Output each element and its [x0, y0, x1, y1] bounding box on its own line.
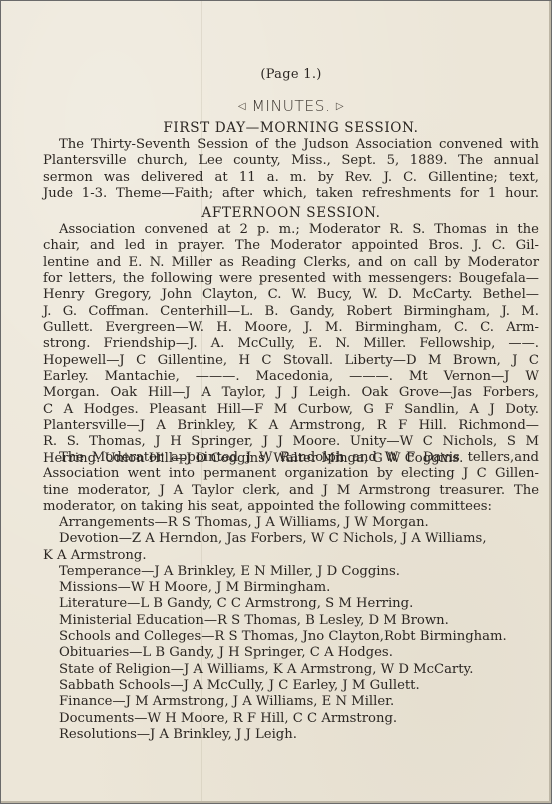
text-line: lentine and E. N. Miller as Reading Cler…: [43, 255, 539, 271]
committee-item: Finance—J M Armstrong, J A Williams, E N…: [59, 694, 539, 710]
committee-item: Ministerial Education—R S Thomas, B Lesl…: [59, 613, 539, 629]
afternoon-session-paragraph: Association convened at 2 p. m.; Moderat…: [43, 222, 539, 467]
text-line: Gullett. Evergreen—W. H. Moore, J. M. Bi…: [43, 320, 539, 336]
committee-item: Obituaries—L B Gandy, J H Springer, C A …: [59, 645, 539, 661]
morning-session-paragraph: The Thirty-Seventh Session of the Judson…: [43, 137, 539, 202]
text-line: Jude 1-3. Theme—Faith; after which, take…: [43, 186, 539, 202]
committee-item: Schools and Colleges—R S Thomas, Jno Cla…: [59, 629, 539, 645]
title-text: MINUTES.: [252, 97, 331, 115]
morning-session-heading: FIRST DAY—MORNING SESSION.: [43, 120, 539, 136]
document-title: ◁ MINUTES. ▷: [43, 97, 539, 115]
committee-item: Documents—W H Moore, R F Hill, C C Armst…: [59, 711, 539, 727]
committee-item: Literature—L B Gandy, C C Armstrong, S M…: [59, 596, 539, 612]
page-number: (Page 1.): [43, 67, 539, 82]
ornament-left-icon: ◁: [238, 101, 246, 112]
text-line: sermon was delivered at 11 a. m. by Rev.…: [43, 170, 539, 186]
text-line: The Moderator appointed J W Randolph and…: [43, 450, 539, 466]
text-line: R. S. Thomas, J H Springer, J J Moore. U…: [43, 434, 539, 450]
text-line: Plantersville church, Lee county, Miss.,…: [43, 153, 539, 169]
committee-item: Missions—W H Moore, J M Birmingham.: [59, 580, 539, 596]
committee-item: State of Religion—J A Williams, K A Arms…: [59, 662, 539, 678]
text-line: for letters, the following were presente…: [43, 271, 539, 287]
committee-item: Temperance—J A Brinkley, E N Miller, J D…: [59, 564, 539, 580]
text-line: Earley. Mantachie, ———. Macedonia, ———. …: [43, 369, 539, 385]
text-line: Association convened at 2 p. m.; Moderat…: [43, 222, 539, 238]
text-line: Association went into permanent organiza…: [43, 466, 539, 482]
text-line: tine moderator, J A Taylor clerk, and J …: [43, 483, 539, 499]
text-line: The Thirty-Seventh Session of the Judson…: [43, 137, 539, 153]
committee-item: Arrangements—R S Thomas, J A Williams, J…: [59, 515, 539, 531]
committee-item: Devotion—Z A Herndon, Jas Forbers, W C N…: [59, 531, 539, 547]
text-line: moderator, on taking his seat, appointed…: [43, 499, 539, 515]
text-line: Morgan. Oak Hill—J A Taylor, J J Leigh. …: [43, 385, 539, 401]
committee-item: Sabbath Schools—J A McCully, J C Earley,…: [59, 678, 539, 694]
scanned-page: (Page 1.) ◁ MINUTES. ▷ FIRST DAY—MORNING…: [1, 1, 551, 803]
text-line: chair, and led in prayer. The Moderator …: [43, 238, 539, 254]
ornament-right-icon: ▷: [336, 101, 344, 112]
text-line: Plantersville—J A Brinkley, K A Armstron…: [43, 418, 539, 434]
text-line: Hopewell—J C Gillentine, H C Stovall. Li…: [43, 353, 539, 369]
afternoon-session-heading: AFTERNOON SESSION.: [43, 205, 539, 221]
text-line: Henry Gregory, John Clayton, C. W. Bucy,…: [43, 287, 539, 303]
committee-list: Arrangements—R S Thomas, J A Williams, J…: [59, 515, 539, 743]
text-line: strong. Friendship—J. A. McCully, E. N. …: [43, 336, 539, 352]
organization-paragraph: The Moderator appointed J W Randolph and…: [43, 450, 539, 515]
committee-item: Resolutions—J A Brinkley, J J Leigh.: [59, 727, 539, 743]
text-line: C A Hodges. Pleasant Hill—F M Curbow, G …: [43, 402, 539, 418]
committee-item-continuation: K A Armstrong.: [43, 548, 539, 564]
text-line: J. G. Coffman. Centerhill—L. B. Gandy, R…: [43, 304, 539, 320]
